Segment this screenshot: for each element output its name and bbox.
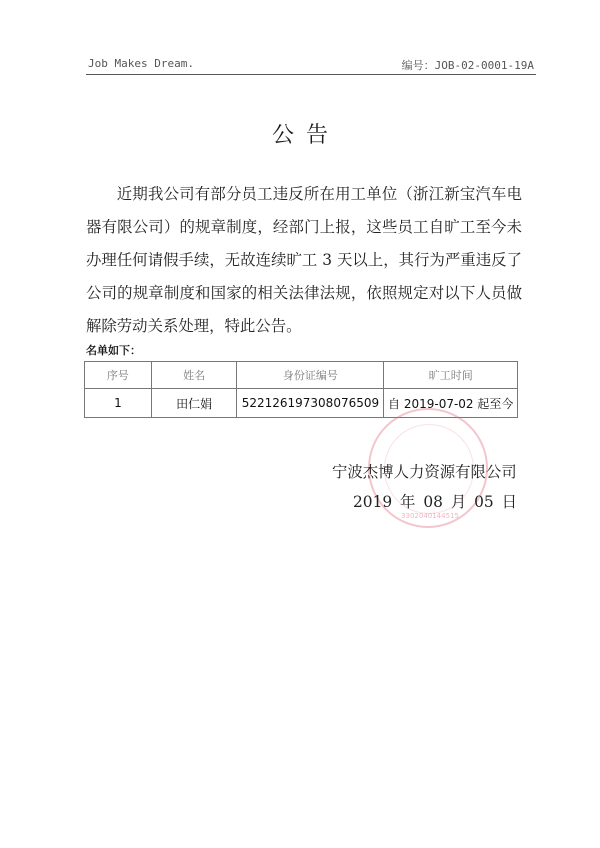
notice-body: 近期我公司有部分员工违反所在用工单位（浙江新宝汽车电器有限公司）的规章制度，经部… bbox=[86, 178, 522, 343]
header-doc-number: 编号：JOB-02-0001-19A bbox=[402, 57, 534, 73]
cell-id-number: 522126197308076509 bbox=[237, 389, 384, 418]
header-id-number: 身份证编号 bbox=[237, 362, 384, 389]
signature-company: 宁波杰博人力资源有限公司 bbox=[332, 460, 517, 482]
header-name: 姓名 bbox=[151, 362, 237, 389]
document-header: Job Makes Dream. 编号：JOB-02-0001-19A bbox=[86, 54, 536, 75]
table-header-row: 序号 姓名 身份证编号 旷工时间 bbox=[85, 362, 518, 389]
cell-name: 田仁娟 bbox=[151, 389, 237, 418]
header-absence-time: 旷工时间 bbox=[384, 362, 518, 389]
roster-table: 序号 姓名 身份证编号 旷工时间 1 田仁娟 52212619730807650… bbox=[84, 361, 518, 418]
cell-index: 1 bbox=[85, 389, 152, 418]
list-label: 名单如下： bbox=[86, 342, 141, 358]
signature-date: 2019 年 08 月 05 日 bbox=[353, 490, 517, 512]
header-index: 序号 bbox=[85, 362, 152, 389]
notice-title: 公告 bbox=[0, 118, 600, 149]
header-slogan: Job Makes Dream. bbox=[88, 57, 194, 70]
seal-code: 3302040144515 bbox=[390, 512, 470, 520]
